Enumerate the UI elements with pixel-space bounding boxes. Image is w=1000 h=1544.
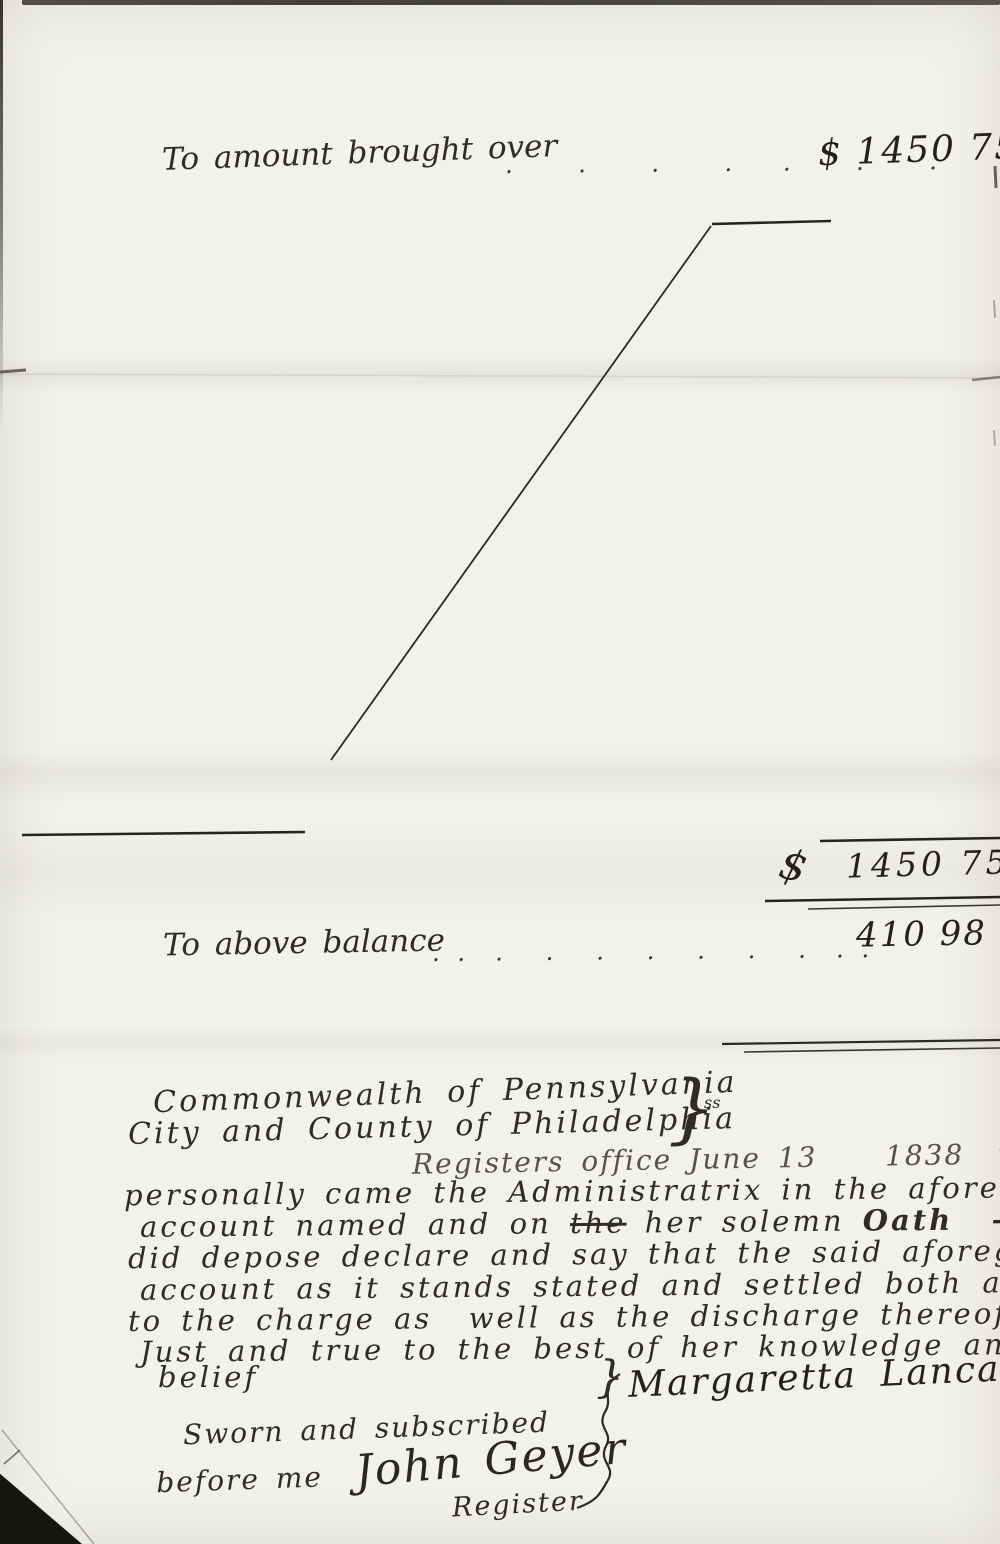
- signature-brace: }: [596, 1354, 624, 1402]
- scilicet-mark: ss: [704, 1094, 720, 1112]
- fold-crease-upper: [0, 356, 1000, 394]
- rule-subtotal-bottom-1: [765, 897, 1000, 901]
- amount-value: 1450 75½: [856, 125, 1000, 173]
- rule-left: [22, 832, 305, 835]
- affidavit-body-line-7: belief: [158, 1362, 258, 1394]
- currency-sign: $: [817, 132, 843, 174]
- edge-dash-right-3: [994, 430, 995, 446]
- oath-word: Oath —: [863, 1202, 1000, 1237]
- subtotal-amount: 1450 75½: [846, 843, 1000, 885]
- scan-top-edge: [22, 0, 1000, 5]
- corner-tick: [4, 1450, 20, 1464]
- scan-corner-tear: [0, 1466, 82, 1544]
- scan-left-edge: [0, 0, 3, 430]
- fold-crease-bottom: [0, 1026, 1000, 1060]
- rule-subtotal-top: [820, 838, 1000, 841]
- fold-tick-right: [972, 377, 1000, 380]
- fold-line-thin: [0, 374, 1000, 378]
- fold-crease-middle: [0, 748, 1000, 804]
- struck-word: the: [570, 1206, 627, 1240]
- edge-dash-right-1: [995, 166, 996, 188]
- balance-dot-leader: . . . . . . . . . . .: [432, 936, 874, 966]
- balance-amount: 410 98 —: [856, 914, 1000, 955]
- diagonal-strike-line: [331, 226, 711, 760]
- subtotal-currency-sign: $: [775, 840, 812, 891]
- balance-label: To above balance: [163, 924, 445, 963]
- edge-dash-right-2: [994, 300, 995, 318]
- attestation-line-2-pre: before me: [156, 1459, 356, 1499]
- rule-subtotal-bottom-2: [808, 905, 1000, 909]
- document-page: To amount brought over . . . . . . . $ 1…: [0, 0, 1000, 1544]
- rule-balance-1: [722, 1040, 1000, 1044]
- rule-top-right: [712, 221, 831, 224]
- brought-over-label: To amount brought over: [162, 129, 558, 177]
- brought-over-amount: $ 1450 75½: [817, 126, 1000, 174]
- officer-title: Register: [451, 1487, 584, 1524]
- rule-balance-2: [744, 1048, 1000, 1052]
- fold-tick-left: [0, 370, 26, 372]
